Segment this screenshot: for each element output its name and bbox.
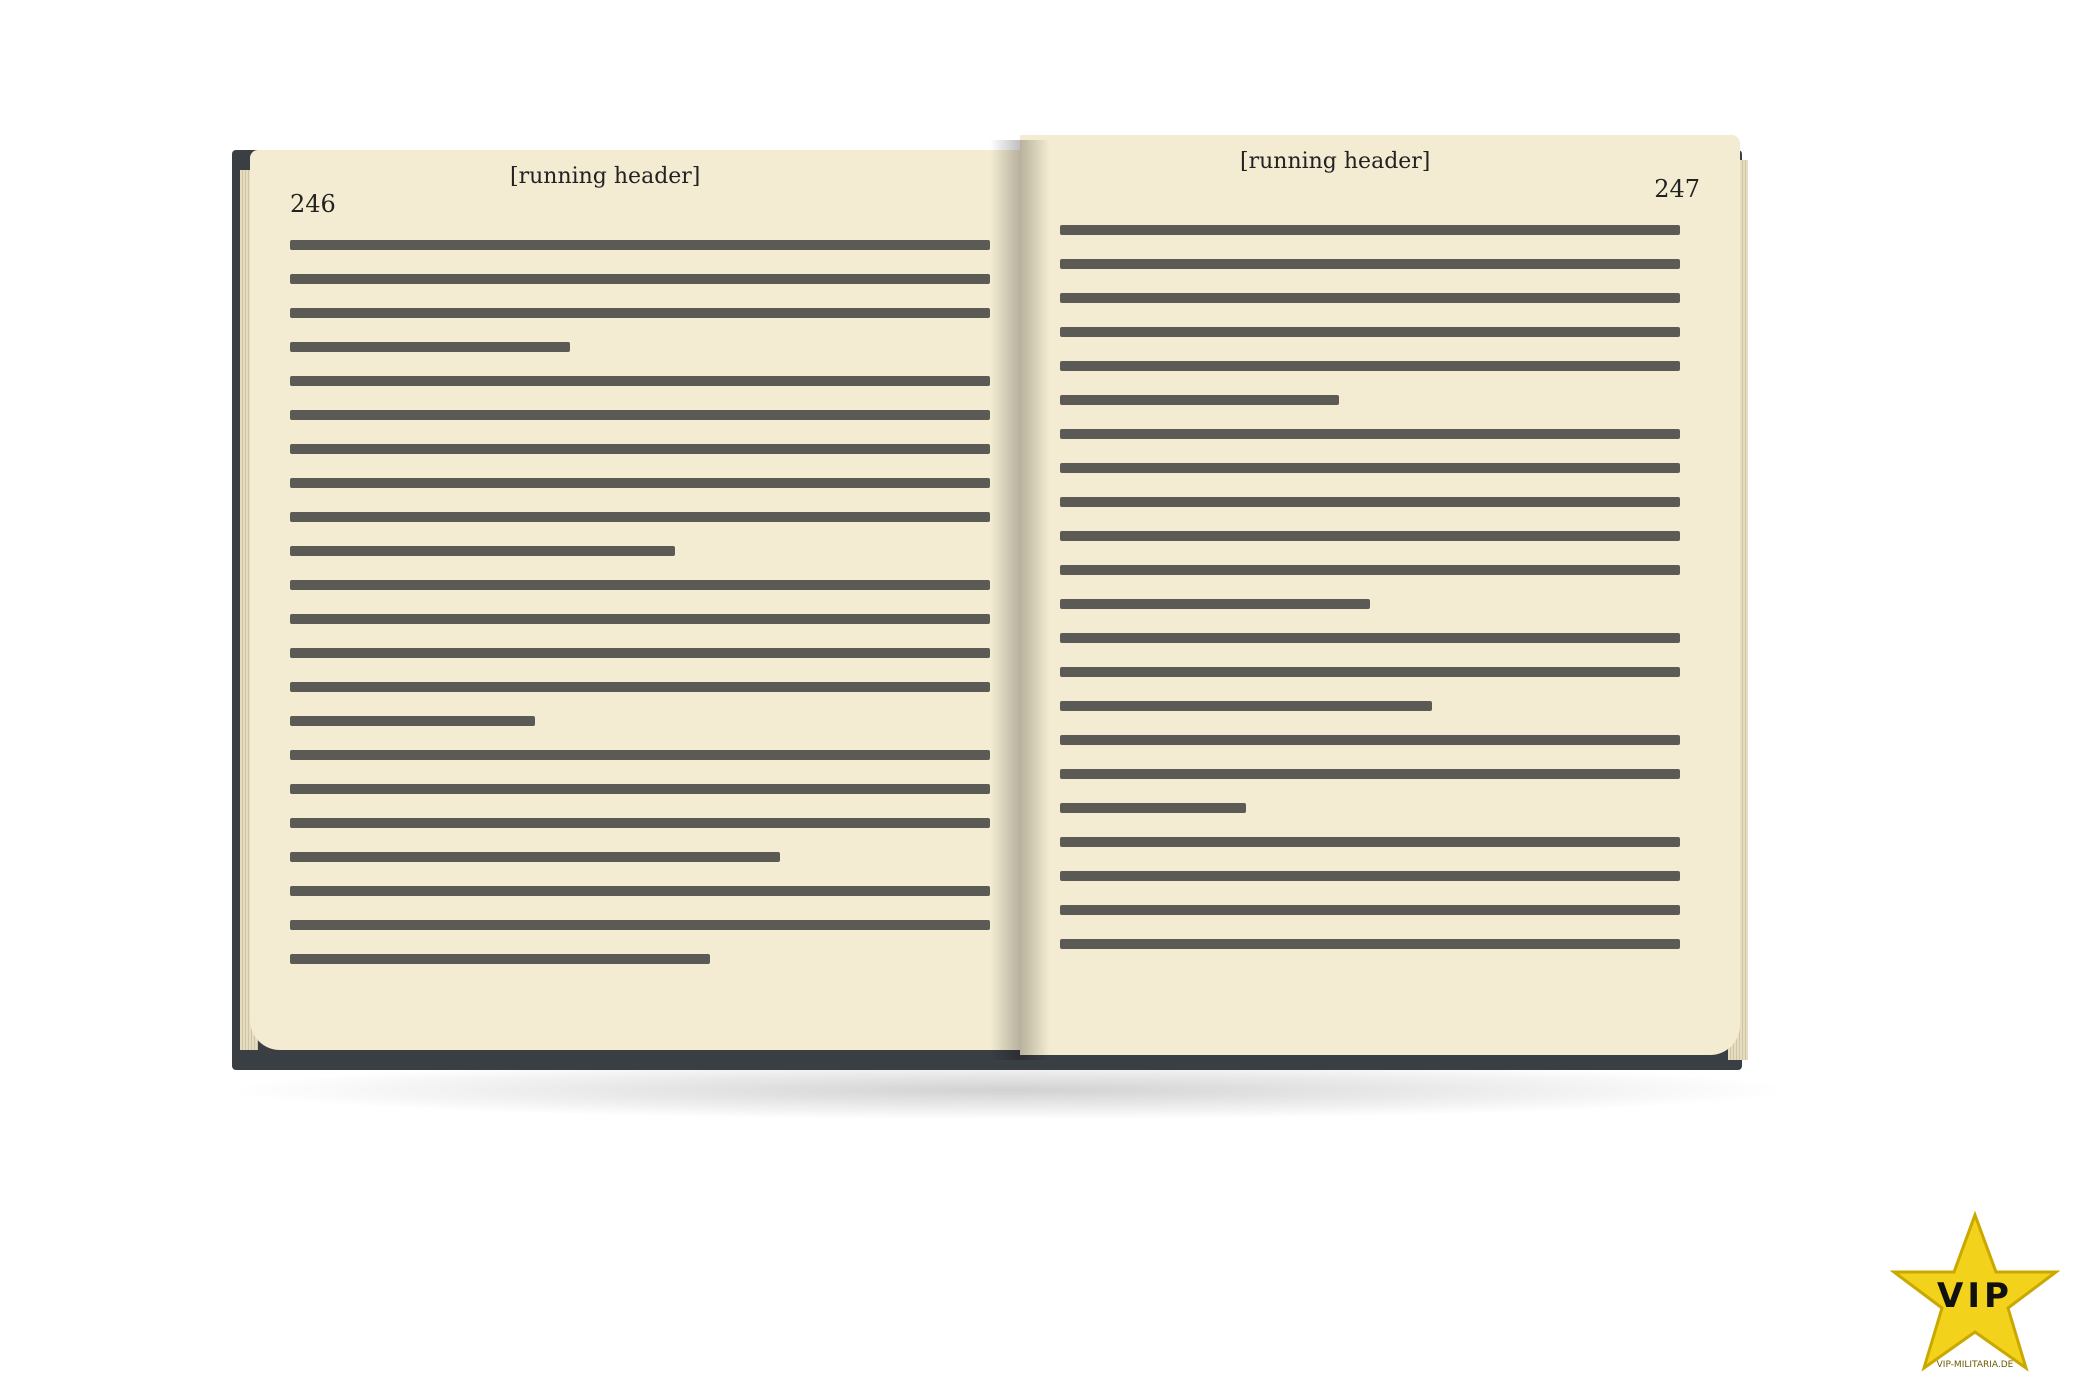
watermark-text: VIP (1890, 1276, 2060, 1316)
text-block (1060, 225, 1680, 973)
page-number: 247 (1654, 175, 1700, 203)
watermark-subtext: VIP-MILITARIA.DE (1890, 1360, 2060, 1370)
left-page: 246 [running header] (250, 150, 1050, 1050)
book-gutter (990, 140, 1050, 1060)
running-header: [running header] (1240, 149, 1430, 174)
right-page: 247 [running header] (1020, 135, 1740, 1055)
page-number: 246 (290, 190, 336, 218)
text-block (290, 240, 990, 988)
running-header: [running header] (510, 164, 700, 189)
watermark-badge: VIP VIP-MILITARIA.DE (1890, 1210, 2060, 1380)
